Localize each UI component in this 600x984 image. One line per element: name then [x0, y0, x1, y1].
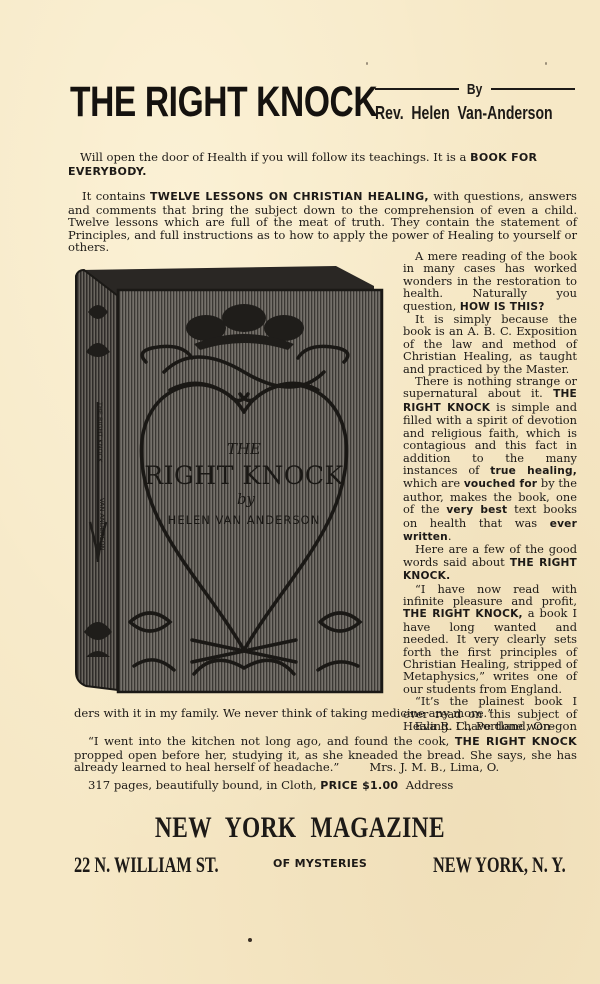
testimonial-quote-2: “I went into the kitchen not long ago, a…	[74, 735, 577, 774]
text-span: “I have now read with infinite pleasure …	[403, 582, 577, 608]
text-span: 317 pages, beautifully bound, in Cloth,	[88, 778, 320, 792]
cover-title-small: THE	[227, 440, 261, 458]
publisher-subtitle: OF MYSTERIES	[273, 857, 367, 870]
publisher-city: NEW YORK, N. Y.	[433, 852, 566, 878]
cover-by: by	[237, 490, 256, 508]
column-paragraph-3: There is nothing strange or supernatural…	[403, 375, 577, 543]
paper-speck	[248, 938, 252, 942]
publisher-address: 22 N. WILLIAM ST.	[74, 852, 219, 878]
intro-text: Will open the door of Health if you will…	[80, 150, 470, 164]
price-line: 317 pages, beautifully bound, in Cloth, …	[88, 779, 568, 793]
text-span: a book I have long wanted and needed. It…	[403, 606, 577, 695]
column-paragraph-1: A mere reading of the book in many cases…	[403, 250, 577, 313]
lessons-bold: TWELVE LESSONS ON CHRISTIAN HEALING,	[150, 190, 429, 203]
paper-speck	[545, 62, 547, 65]
publisher-text: NEW YORK MAGAZINE	[155, 810, 445, 846]
intro-bold: BOOK FOR	[470, 151, 537, 164]
publisher-name: NEW YORK MAGAZINE	[0, 810, 600, 846]
rule-divider	[375, 88, 459, 90]
text-span: which are	[403, 476, 464, 490]
lessons-paragraph: It contains TWELVE LESSONS ON CHRISTIAN …	[68, 190, 577, 254]
book-title-heading: THE RIGHT KNOCK	[70, 78, 377, 126]
text-span: “I went into the kitchen not long ago, a…	[88, 734, 455, 748]
text-span: propped open before her, studying it, as…	[74, 748, 577, 775]
book-cover-illustration: THE RIGHT KNOCK by HELEN VAN ANDERSON TH…	[74, 262, 386, 694]
price-value: PRICE $1.00	[320, 779, 398, 792]
lessons-text-before: It contains	[82, 189, 150, 203]
author-name: Rev. Helen Van-Anderson	[375, 102, 531, 124]
advertisement-page: THE RIGHT KNOCK By Rev. Helen Van-Anders…	[0, 0, 600, 984]
text-span: It is simply because the book is an A. B…	[403, 312, 577, 376]
intro-bold-2: EVERYBODY.	[68, 165, 147, 178]
bold-span: very best	[446, 504, 507, 516]
bold-span: THE RIGHT KNOCK,	[403, 608, 523, 620]
bold-span: vouched for	[464, 478, 537, 490]
intro-paragraph: Will open the door of Health if you will…	[80, 151, 577, 178]
bold-span: HOW IS THIS?	[460, 301, 545, 313]
cover-author: HELEN VAN ANDERSON	[168, 513, 321, 527]
right-column-text: A mere reading of the book in many cases…	[403, 250, 577, 732]
text-span: Address	[398, 778, 453, 792]
byline: By Rev. Helen Van-Anderson	[375, 80, 575, 126]
testimonial-signature-2: Mrs. J. M. B., Lima, O.	[369, 760, 499, 774]
paper-speck	[366, 62, 368, 65]
bold-span: THE RIGHT KNOCK	[455, 735, 577, 748]
column-paragraph-4: Here are a few of the good words said ab…	[403, 543, 577, 582]
by-row: By	[375, 80, 575, 98]
ad-header: THE RIGHT KNOCK By Rev. Helen Van-Anders…	[70, 78, 575, 126]
column-paragraph-2: It is simply because the book is an A. B…	[403, 313, 577, 375]
by-label: By	[467, 81, 482, 98]
column-paragraph-5: “I have now read with infinite pleasure …	[403, 583, 577, 696]
text-span: .	[448, 529, 452, 543]
spine-author: VAN ANDERSON	[98, 498, 106, 551]
bold-span: true healing,	[490, 465, 577, 477]
cover-title-main: RIGHT KNOCK	[144, 461, 344, 490]
spine-title: THE RIGHT KNOCK	[96, 401, 104, 463]
testimonial-continuation: ders with it in my family. We never thin…	[74, 707, 577, 720]
testimonial-signature-1: Eva R. C., Portland, Oregon	[380, 720, 577, 733]
text-span: There is nothing strange or supernatural…	[403, 374, 577, 400]
rule-divider	[491, 88, 575, 90]
